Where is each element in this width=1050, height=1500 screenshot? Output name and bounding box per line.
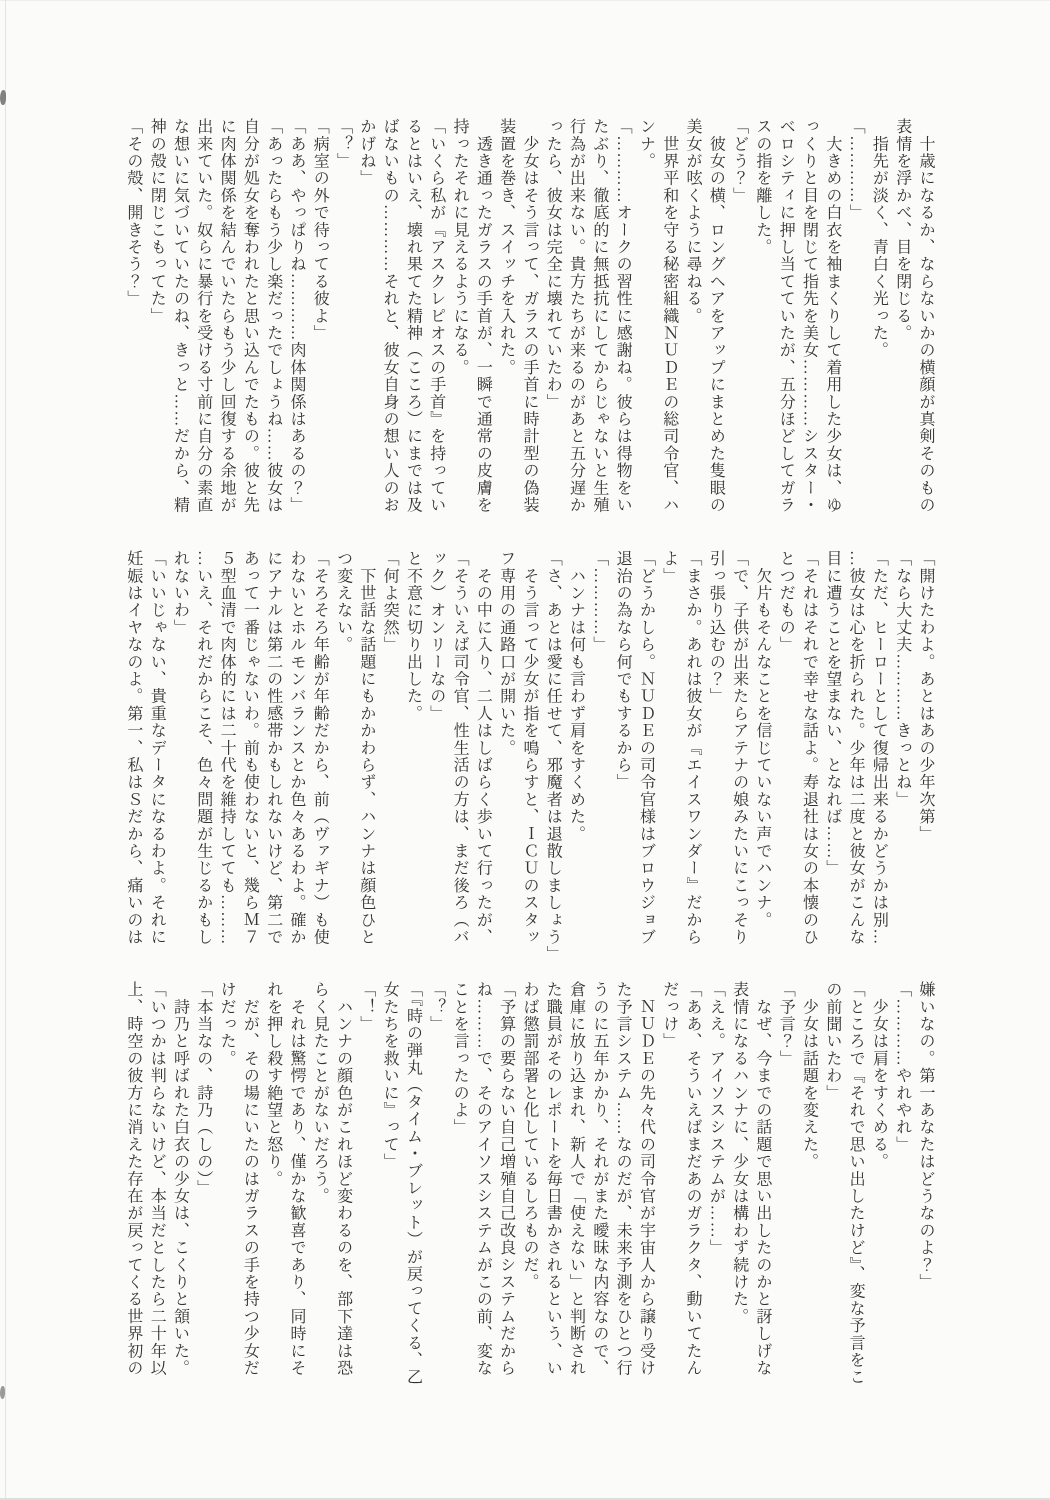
text-column: ンナ。 xyxy=(634,118,657,518)
text-column: 女たちを救いに』って」 xyxy=(378,981,401,1381)
text-column: 表情を浮かべ、目を閉じる。 xyxy=(890,118,913,518)
text-column: 「開けたわよ。あとはあの少年次第」 xyxy=(914,550,937,950)
text-block-middle: 「開けたわよ。あとはあの少年次第」「なら大丈夫…………きっとね」「ただ、ヒーロー… xyxy=(122,550,937,950)
text-column: 「？」 xyxy=(424,981,447,1381)
scan-top-edge xyxy=(0,0,1050,1)
text-column: 「…………」 xyxy=(588,550,611,950)
text-column: それは驚愕であり、僅かな歓喜であり、同時にそ xyxy=(285,981,308,1381)
text-column: ことを言ったのよ」 xyxy=(448,981,471,1381)
text-column: らく見たことがないだろう。 xyxy=(308,981,331,1381)
text-column: 「まさか。あれは彼女が『エイスワンダー』だから xyxy=(681,550,704,950)
text-column: にアナルは第二の性感帯かもしれないけど、第二で xyxy=(261,550,284,950)
text-column: 指先が淡く、青白く光った。 xyxy=(867,118,890,518)
text-column: た職員がそのレポートを毎日書かされるという、い xyxy=(541,981,564,1381)
text-column: 退治の為なら何でもするから」 xyxy=(611,550,634,950)
text-column: よ」 xyxy=(657,550,680,950)
text-column: …彼女は心を折られた。少年は二度と彼女がこんな xyxy=(844,550,867,950)
scan-fold-line xyxy=(5,0,6,1500)
text-column: 世界平和を守る秘密組織ＮＵＤＥの総司令官、ハ xyxy=(657,118,680,518)
text-column: れないわ」 xyxy=(168,550,191,950)
text-column: 「その殻、開きそう？」 xyxy=(122,118,145,518)
text-column: けだった。 xyxy=(215,981,238,1381)
text-column: 「なら大丈夫…………きっとね」 xyxy=(890,550,913,950)
text-column: 大きめの白衣を袖まくりして着用した少女は、ゆ xyxy=(821,118,844,518)
text-column: 装置を巻き、スイッチを入れた。 xyxy=(494,118,517,518)
text-column: 「予言？」 xyxy=(774,981,797,1381)
text-column: 目に遭うことを望まない、となれば……」 xyxy=(821,550,844,950)
text-column: 「予算の要らない自己増殖自己改良システムだから xyxy=(494,981,517,1381)
text-column: ック）オンリーなの」 xyxy=(424,550,447,950)
text-column: そう言って少女が指を鳴らすと、ＩＣＵのスタッ xyxy=(518,550,541,950)
text-column: 「本当なの、詩乃（しの）」 xyxy=(192,981,215,1381)
text-column: 「『時の弾丸（タイム・ブレット）が戻ってくる、乙 xyxy=(401,981,424,1381)
text-column: なぜ、今までの話題で思い出したのかと訝しげな xyxy=(751,981,774,1381)
text-column: 詩乃と呼ばれた白衣の少女は、こくりと頷いた。 xyxy=(168,981,191,1381)
text-column: 出来ていた。奴らに暴行を受ける寸前に自分の素直 xyxy=(192,118,215,518)
text-column: わば懲罰部署と化しているしろものだ。 xyxy=(518,981,541,1381)
text-column: 少女はそう言って、ガラスの手首に時計型の偽装 xyxy=(518,118,541,518)
text-column: 「どうかしら。ＮＵＤＥの司令官様はブロウジョブ xyxy=(634,550,657,950)
text-column: 行為が出来ない。貴方たちが来るのがあと五分遅か xyxy=(564,118,587,518)
text-column: 引っ張り込むの？」 xyxy=(704,550,727,950)
text-column: ばないもの…………それと、彼女自身の想い人のお xyxy=(378,118,401,518)
text-column: 「いくら私が『アスクレピオスの手首』を持ってい xyxy=(424,118,447,518)
text-block-top: 十歳になるか、ならないかの横顔が真剣そのもの表情を浮かべ、目を閉じる。 指先が淡… xyxy=(122,118,937,518)
text-block-bottom: 嫌いなの。第一あなたはどうなのよ？」「…………やれやれ」 少女は肩をすくめる。「… xyxy=(122,981,937,1381)
text-column: 神の殻に閉じこもってた」 xyxy=(145,118,168,518)
text-column: あって一番じゃないわ。前も使わないと、幾らＭ７ xyxy=(238,550,261,950)
text-column: 表情になるハンナに、少女は構わず続けた。 xyxy=(727,981,750,1381)
text-column: 「どう？」 xyxy=(727,118,750,518)
text-column: 「…………」 xyxy=(844,118,867,518)
text-column: ね………で、そのアイソスシステムがこの前、変な xyxy=(471,981,494,1381)
text-column: れを押し殺す絶望と怒り。 xyxy=(261,981,284,1381)
text-column: 「ええ。アイソスシステムが……」 xyxy=(704,981,727,1381)
text-column: だっけ」 xyxy=(657,981,680,1381)
text-column: ハンナの顔色がこれほど変わるのを、部下達は恐 xyxy=(331,981,354,1381)
text-column: 透き通ったガラスの手首が、一瞬で通常の皮膚を xyxy=(471,118,494,518)
text-column: 「？」 xyxy=(331,118,354,518)
text-column: 「ただ、ヒーローとして復帰出来るかどうかは別… xyxy=(867,550,890,950)
text-column: 「あったらもう少し楽だったでしょうね……彼女は xyxy=(261,118,284,518)
text-column: 「ああ、そういえばまだあのガラクタ、動いてたん xyxy=(681,981,704,1381)
text-column: 「！」 xyxy=(355,981,378,1381)
scan-artifact xyxy=(0,1386,5,1399)
text-column: 自分が処女を奪われたと思い込んでたもの。彼と先 xyxy=(238,118,261,518)
text-column: と不意に切り出した。 xyxy=(401,550,424,950)
text-column: スの指を離した。 xyxy=(751,118,774,518)
text-column: だが、その場にいたのはガラスの手を持つ少女だ xyxy=(238,981,261,1381)
text-column: ＮＵＤＥの先々代の司令官が宇宙人から譲り受け xyxy=(634,981,657,1381)
text-column: た予言システム……なのだが、未来予測をひとつ行 xyxy=(611,981,634,1381)
text-column: 持ったそれに見えるようになる。 xyxy=(448,118,471,518)
text-column: 「…………やれやれ」 xyxy=(890,981,913,1381)
text-column: 「ところで『それで思い出したけど』、変な予言をこ xyxy=(844,981,867,1381)
text-column: な想いに気づいていたのね、きっと……だから、精 xyxy=(168,118,191,518)
text-column: わないとホルモンバランスとか色々あるわよ。確か xyxy=(285,550,308,950)
text-column: 「そろそろ年齢が年齢だから、前（ヴァギナ）も使 xyxy=(308,550,331,950)
scanned-page: 十歳になるか、ならないかの横顔が真剣そのもの表情を浮かべ、目を閉じる。 指先が淡… xyxy=(0,0,1050,1500)
text-column: 嫌いなの。第一あなたはどうなのよ？」 xyxy=(914,981,937,1381)
text-column: 「…………オークの習性に感謝ね。彼らは得物をい xyxy=(611,118,634,518)
text-column: 「何よ突然」 xyxy=(378,550,401,950)
text-column: 「それはそれで幸せな話よ。寿退社は女の本懐のひ xyxy=(797,550,820,950)
text-column: かげね」 xyxy=(355,118,378,518)
text-column: 少女は肩をすくめる。 xyxy=(867,981,890,1381)
text-column: うのに五年かかり、それがまた曖昧な内容なので、 xyxy=(588,981,611,1381)
text-column: その中に入り、二人はしばらく歩いて行ったが、 xyxy=(471,550,494,950)
text-column: 「さ、あとは愛に任せて、邪魔者は退散しましょう」 xyxy=(541,550,564,950)
text-column: ったら、彼女は完全に壊れていたわ」 xyxy=(541,118,564,518)
text-column: 欠片もそんなことを信じていない声でハンナ。 xyxy=(751,550,774,950)
text-column: ハンナは何も言わず肩をすくめた。 xyxy=(564,550,587,950)
text-column: 「そういえば司令官、性生活の方は、まだ後ろ（バ xyxy=(448,550,471,950)
text-column: 十歳になるか、ならないかの横顔が真剣そのもの xyxy=(914,118,937,518)
text-column: の前聞いたわ」 xyxy=(821,981,844,1381)
text-column: 彼女の横、ロングヘアをアップにまとめた隻眼の xyxy=(704,118,727,518)
text-column: 「病室の外で待ってる彼よ」 xyxy=(308,118,331,518)
text-column: 「ああ、やっぱりね…………肉体関係はあるの？」 xyxy=(285,118,308,518)
text-column: 下世話な話題にもかかわらず、ハンナは顔色ひと xyxy=(355,550,378,950)
text-column: ５型血清で肉体的には二十代を維持してても……… xyxy=(215,550,238,950)
text-column: 「いつかは判らないけど、本当だとしたら二十年以 xyxy=(145,981,168,1381)
text-column: 少女は話題を変えた。 xyxy=(797,981,820,1381)
text-column: つ変えない。 xyxy=(331,550,354,950)
text-column: 「で、子供が出来たらアテナの娘みたいにこっそり xyxy=(727,550,750,950)
scan-artifact xyxy=(0,90,6,105)
text-column: るとはいえ、壊れ果てた精神（こころ）にまでは及 xyxy=(401,118,424,518)
text-column: 上、時空の彼方に消えた存在が戻ってくる世界初の xyxy=(122,981,145,1381)
text-column: ベロシティに押し当てていたが、五分ほどしてガラ xyxy=(774,118,797,518)
text-column: 倉庫に放り込まれ、新人で「使えない」と判断され xyxy=(564,981,587,1381)
text-column: …いえ、それだからこそ、色々問題が生じるかもし xyxy=(192,550,215,950)
text-column: に肉体関係を結んでいたらもう少し回復する余地が xyxy=(215,118,238,518)
text-column: とつだもの」 xyxy=(774,550,797,950)
text-column: 「いいじゃない、貴重なデータになるわよ。それに xyxy=(145,550,168,950)
text-column: 妊娠はイヤなのよ。第一、私はＳだから、痛いのは xyxy=(122,550,145,950)
text-column: たぶり、徹底的に無抵抗にしてからじゃないと生殖 xyxy=(588,118,611,518)
text-column: っくりと目を閉じて指先を美女…………シスター・ xyxy=(797,118,820,518)
text-column: 美女が呟くように尋ねる。 xyxy=(681,118,704,518)
text-column: フ専用の通路口が開いた。 xyxy=(494,550,517,950)
